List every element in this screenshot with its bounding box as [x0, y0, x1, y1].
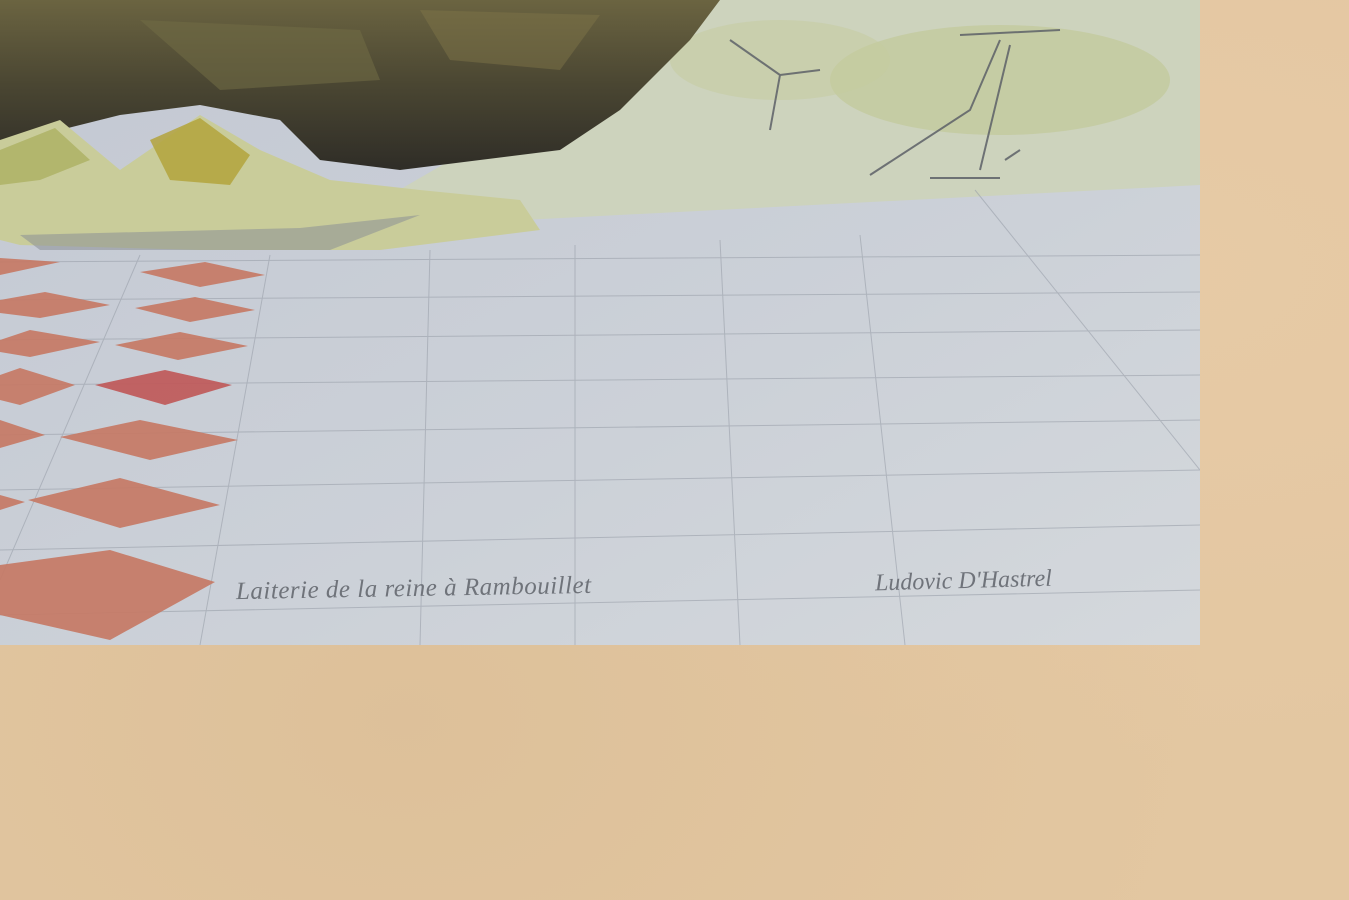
artist-signature: Ludovic D'Hastrel — [875, 566, 1053, 598]
watercolor-painting: Laiterie de la reine à Rambouillet Ludov… — [0, 0, 1200, 645]
painting-scene — [0, 0, 1200, 645]
